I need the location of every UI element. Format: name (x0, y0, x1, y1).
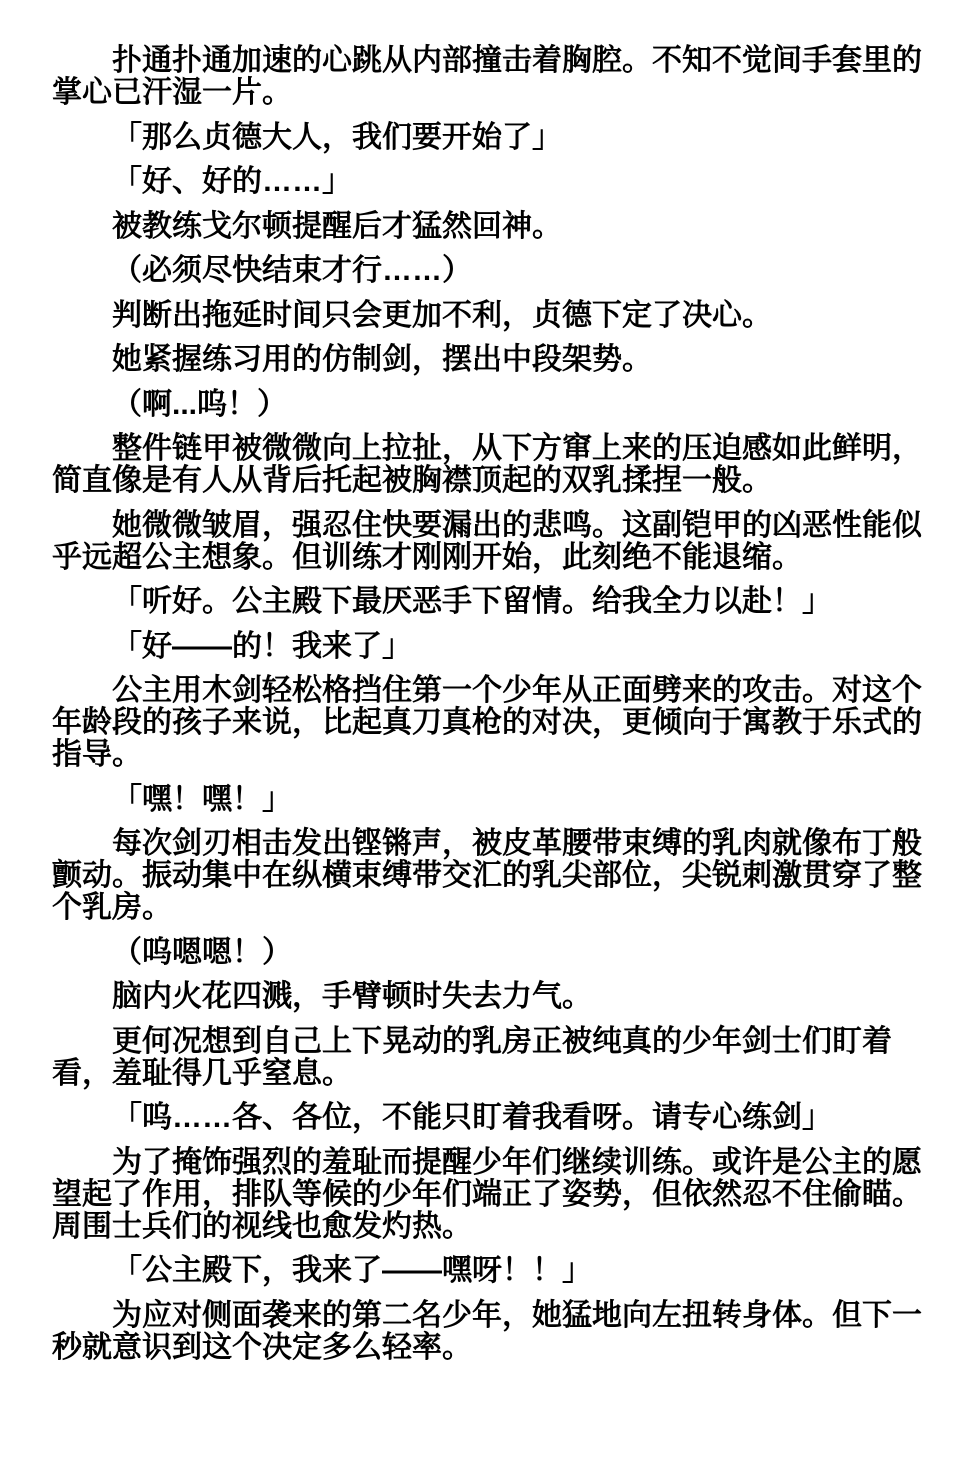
novel-page: 扑通扑通加速的心跳从内部撞击着胸腔。不知不觉间手套里的掌心已汗湿一片。「那么贞德… (0, 0, 974, 1459)
text-line: 每次剑刃相击发出铿锵声，被皮革腰带束缚的乳肉就像布丁般 (52, 828, 926, 860)
paragraph: 「那么贞德大人，我们要开始了」 (52, 122, 926, 154)
text-line: 判断出拖延时间只会更加不利，贞德下定了决心。 (52, 300, 926, 332)
paragraph: 每次剑刃相击发出铿锵声，被皮革腰带束缚的乳肉就像布丁般颤动。振动集中在纵横束缚带… (52, 828, 926, 924)
paragraph: 公主用木剑轻松格挡住第一个少年从正面劈来的攻击。对这个年龄段的孩子来说，比起真刀… (52, 675, 926, 771)
text-line: 周围士兵们的视线也愈发灼热。 (52, 1211, 926, 1243)
text-line: （啊...呜！） (52, 389, 926, 421)
text-line: 「好——的！我来了」 (52, 631, 926, 663)
text-line: 「那么贞德大人，我们要开始了」 (52, 122, 926, 154)
text-line: 掌心已汗湿一片。 (52, 77, 926, 109)
text-line: 「好、好的……」 (52, 166, 926, 198)
text-line: 「听好。公主殿下最厌恶手下留情。给我全力以赴！」 (52, 586, 926, 618)
text-line: 指导。 (52, 739, 926, 771)
text-line: 更何况想到自己上下晃动的乳房正被纯真的少年剑士们盯着 (52, 1026, 926, 1058)
text-line: 「嘿！嘿！」 (52, 784, 926, 816)
paragraph: 整件链甲被微微向上拉扯，从下方窜上来的压迫感如此鲜明，简直像是有人从背后托起被胸… (52, 433, 926, 497)
paragraph: 为了掩饰强烈的羞耻而提醒少年们继续训练。或许是公主的愿望起了作用，排队等候的少年… (52, 1147, 926, 1243)
paragraph: 被教练戈尔顿提醒后才猛然回神。 (52, 211, 926, 243)
text-line: 年龄段的孩子来说，比起真刀真枪的对决，更倾向于寓教于乐式的 (52, 707, 926, 739)
paragraph: 她微微皱眉，强忍住快要漏出的悲鸣。这副铠甲的凶恶性能似乎远超公主想象。但训练才刚… (52, 510, 926, 574)
paragraph: 「嘿！嘿！」 (52, 784, 926, 816)
paragraph: （啊...呜！） (52, 389, 926, 421)
paragraph: 「公主殿下，我来了——嘿呀！！」 (52, 1255, 926, 1287)
text-line: 脑内火花四溅，手臂顿时失去力气。 (52, 981, 926, 1013)
paragraph: 「好——的！我来了」 (52, 631, 926, 663)
paragraph: 更何况想到自己上下晃动的乳房正被纯真的少年剑士们盯着看，羞耻得几乎窒息。 (52, 1026, 926, 1090)
text-line: 扑通扑通加速的心跳从内部撞击着胸腔。不知不觉间手套里的 (52, 45, 926, 77)
paragraph: 「好、好的……」 (52, 166, 926, 198)
paragraph: 判断出拖延时间只会更加不利，贞德下定了决心。 (52, 300, 926, 332)
text-line: 她微微皱眉，强忍住快要漏出的悲鸣。这副铠甲的凶恶性能似 (52, 510, 926, 542)
text-line: 「公主殿下，我来了——嘿呀！！」 (52, 1255, 926, 1287)
paragraph: （呜嗯嗯！） (52, 937, 926, 969)
text-line: 公主用木剑轻松格挡住第一个少年从正面劈来的攻击。对这个 (52, 675, 926, 707)
text-line: 望起了作用，排队等候的少年们端正了姿势，但依然忍不住偷瞄。 (52, 1179, 926, 1211)
paragraph: 「听好。公主殿下最厌恶手下留情。给我全力以赴！」 (52, 586, 926, 618)
text-line: 为了掩饰强烈的羞耻而提醒少年们继续训练。或许是公主的愿 (52, 1147, 926, 1179)
text-line: （呜嗯嗯！） (52, 937, 926, 969)
text-line: 颤动。振动集中在纵横束缚带交汇的乳尖部位，尖锐刺激贯穿了整 (52, 860, 926, 892)
text-line: （必须尽快结束才行……） (52, 255, 926, 287)
paragraph: 脑内火花四溅，手臂顿时失去力气。 (52, 981, 926, 1013)
text-line: 看，羞耻得几乎窒息。 (52, 1058, 926, 1090)
paragraph: 为应对侧面袭来的第二名少年，她猛地向左扭转身体。但下一秒就意识到这个决定多么轻率… (52, 1300, 926, 1364)
text-line: 乎远超公主想象。但训练才刚刚开始，此刻绝不能退缩。 (52, 542, 926, 574)
text-line: 被教练戈尔顿提醒后才猛然回神。 (52, 211, 926, 243)
text-line: 简直像是有人从背后托起被胸襟顶起的双乳揉捏一般。 (52, 465, 926, 497)
text-line: 她紧握练习用的仿制剑，摆出中段架势。 (52, 344, 926, 376)
text-line: 为应对侧面袭来的第二名少年，她猛地向左扭转身体。但下一 (52, 1300, 926, 1332)
text-line: 整件链甲被微微向上拉扯，从下方窜上来的压迫感如此鲜明， (52, 433, 926, 465)
page-text-column: 扑通扑通加速的心跳从内部撞击着胸腔。不知不觉间手套里的掌心已汗湿一片。「那么贞德… (52, 45, 926, 1376)
text-line: 个乳房。 (52, 892, 926, 924)
paragraph: 「呜……各、各位，不能只盯着我看呀。请专心练剑」 (52, 1102, 926, 1134)
paragraph: （必须尽快结束才行……） (52, 255, 926, 287)
paragraph: 她紧握练习用的仿制剑，摆出中段架势。 (52, 344, 926, 376)
paragraph: 扑通扑通加速的心跳从内部撞击着胸腔。不知不觉间手套里的掌心已汗湿一片。 (52, 45, 926, 109)
text-line: 「呜……各、各位，不能只盯着我看呀。请专心练剑」 (52, 1102, 926, 1134)
text-line: 秒就意识到这个决定多么轻率。 (52, 1332, 926, 1364)
